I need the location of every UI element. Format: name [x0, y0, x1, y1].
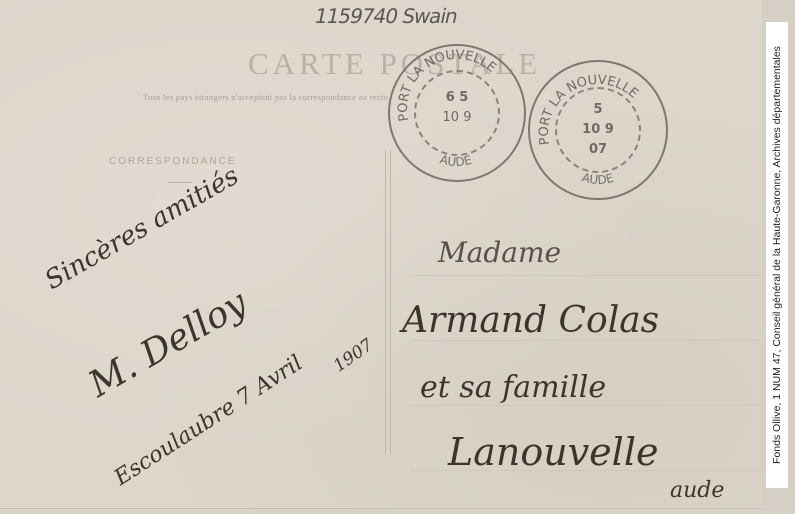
inventory-number: 1159740 Swain [312, 4, 459, 28]
handwritten-greeting: Sincères amitiés [40, 161, 244, 296]
postmark-date-line: 10 9 [390, 110, 524, 125]
postmark-year: 07 [530, 142, 666, 157]
postmark-stamp-2: PORT LA NOUVELLE AUDE 5 10 9 07 [528, 60, 668, 200]
address-salutation: Madame [438, 236, 561, 269]
postmark-date-line: 5 [530, 102, 666, 117]
postmark-date-line: 10 9 [530, 122, 666, 137]
postmark-stamp-1: PORT LA NOUVELLE AUDE 6 5 10 9 [388, 44, 526, 182]
handwritten-signature: M. Delloy [82, 283, 254, 406]
postmark-date-line: 6 5 [390, 90, 524, 105]
svg-text:AUDE: AUDE [580, 170, 615, 187]
address-line-2: et sa famille [420, 370, 606, 405]
address-name: Armand Colas [402, 300, 659, 341]
handwritten-year: 1907 [330, 335, 377, 376]
address-rule-3 [410, 405, 760, 406]
correspondance-label: CORRESPONDANCE [109, 156, 236, 167]
center-divider [385, 150, 386, 455]
archive-label: Fonds Ollive, 1 NUM 47, Conseil général … [766, 22, 788, 488]
archive-label-text: Fonds Ollive, 1 NUM 47, Conseil général … [771, 46, 783, 464]
address-town: Lanouvelle [448, 430, 658, 474]
postcard-subtitle: Tous les pays étrangers n'acceptent pas … [143, 92, 388, 102]
svg-text:AUDE: AUDE [438, 152, 473, 169]
address-rule-1 [410, 275, 760, 276]
center-divider-inner [390, 150, 391, 455]
postcard-back: 1159740 Swain CARTE POSTALE Tous les pay… [0, 0, 763, 509]
address-department: aude [670, 478, 724, 503]
